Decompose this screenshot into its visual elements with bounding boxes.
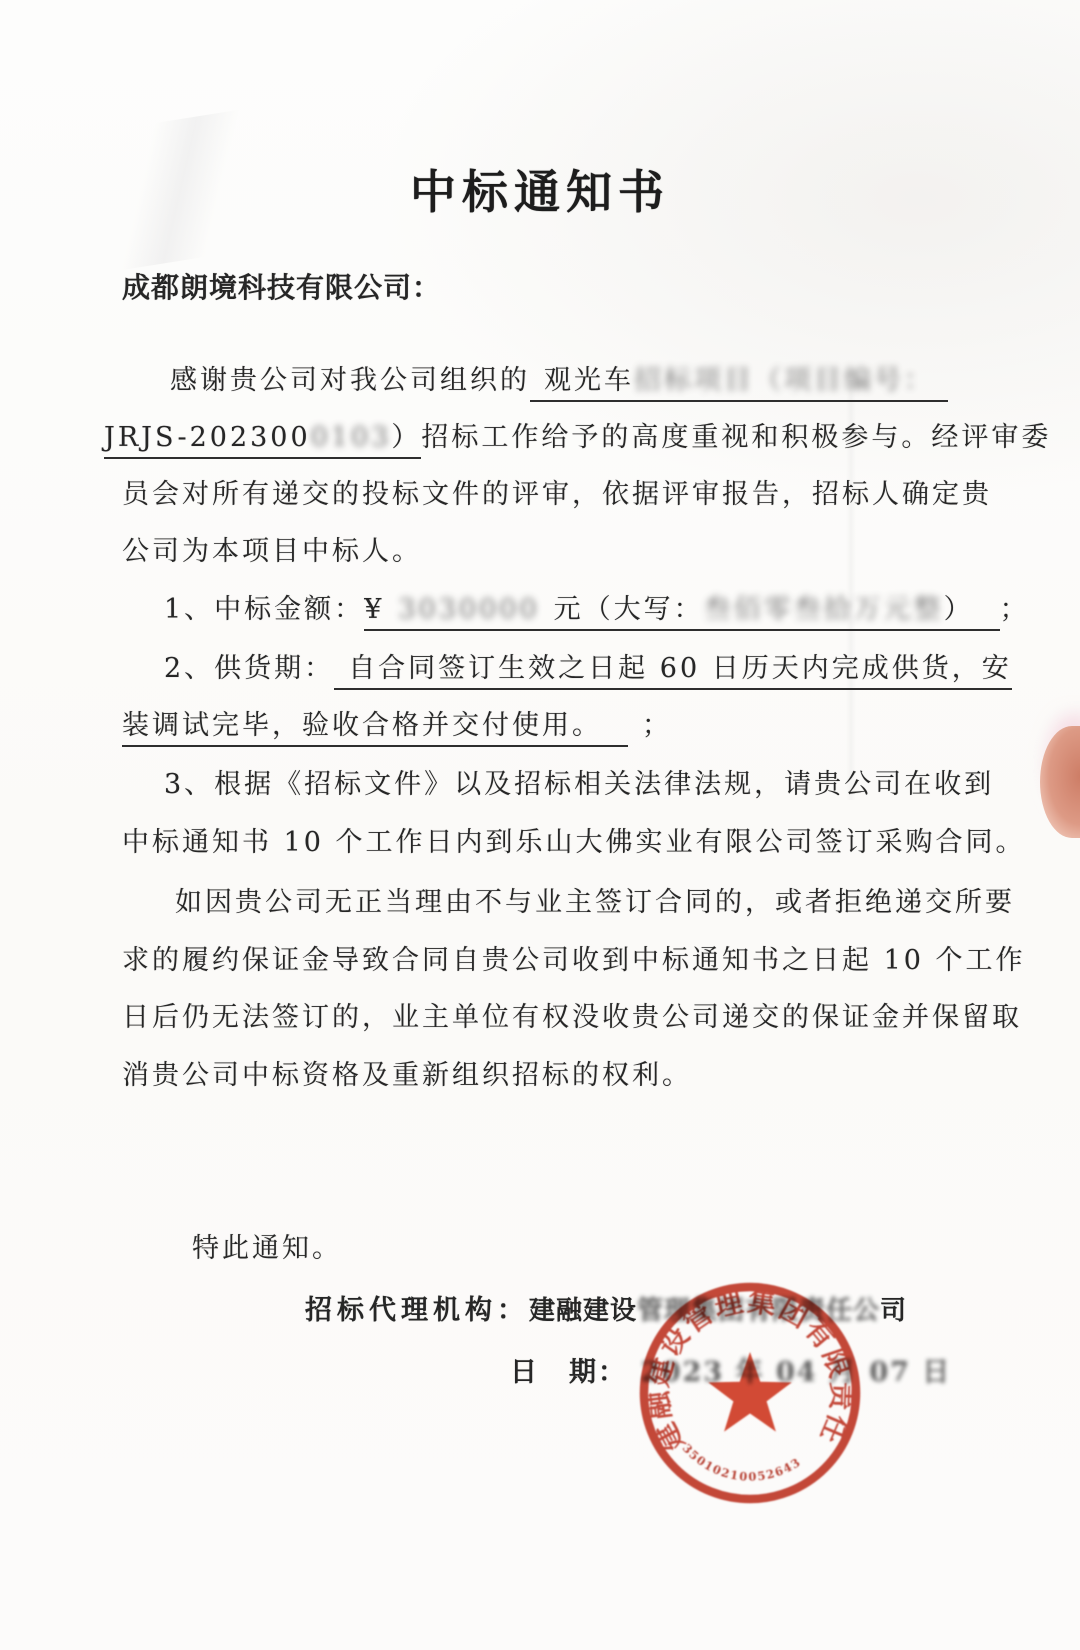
punctuation: ； (642, 710, 672, 741)
seal-star-icon (708, 1352, 792, 1432)
penalty-paragraph-line1: 如因贵公司无正当理由不与业主签订合同的，或者拒绝递交所要 (122, 883, 1035, 923)
project-code-close: ） (391, 422, 421, 453)
redacted-amount: 3030000 (398, 594, 539, 625)
contract-terms-line1: 3、根据《招标文件》以及招标相关法律法规，请贵公司在收到 (122, 765, 1024, 805)
award-amount-line: 1、中标金额：¥3030000元（大写：叁佰零叁拾万元整）； (122, 590, 1024, 630)
date-label: 期： (569, 1357, 627, 1388)
contract-terms-line2: 中标通知书 10 个工作日内到乐山大佛实业有限公司签订采购合同。 (122, 823, 982, 863)
paragraph-text: 感谢贵公司对我公司组织的 (170, 365, 530, 396)
paragraph1-line2: JRJS-2023000103）招标工作给予的高度重视和积极参与。经评审委 (104, 418, 964, 458)
currency-symbol: ¥ (364, 594, 384, 625)
caps-close: ） (944, 594, 974, 625)
redacted-text: 招标项目（项目编号： (634, 365, 934, 396)
addressee-line: 成都朗境科技有限公司： (122, 268, 982, 308)
scanned-document-page: 中标通知书 成都朗境科技有限公司： 感谢贵公司对我公司组织的观光车招标项目（项目… (0, 0, 1080, 1650)
underline-fill: 装调试完毕，验收合格并交付使用。 (122, 710, 628, 747)
underline-fill: JRJS-2023000103） (104, 422, 421, 459)
underline-fill: ¥3030000元（大写：叁佰零叁拾万元整） (364, 594, 999, 631)
paragraph1-line4: 公司为本项目中标人。 (122, 532, 982, 572)
item-label: 2、供货期： (164, 653, 334, 684)
agency-name-clear: 建融建设 (529, 1296, 637, 1326)
project-name: 观光车 (544, 365, 634, 396)
agency-name-tail: 司 (880, 1296, 907, 1326)
redacted-text: 0103 (311, 422, 392, 453)
underline-fill: 自合同签订生效之日起 60 日历天内完成供货，安 (334, 653, 1012, 690)
punctuation: ； (1000, 594, 1030, 625)
paragraph1-line3: 员会对所有递交的投标文件的评审，依据评审报告，招标人确定贵 (122, 475, 982, 515)
penalty-paragraph-line2: 求的履约保证金导致合同自贵公司收到中标通知书之日起 10 个工作 (122, 941, 982, 981)
paragraph-text: 招标工作给予的高度重视和积极参与。经评审委 (421, 422, 1051, 453)
redacted-amount-caps: 叁佰零叁拾万元整 (704, 594, 944, 625)
paragraph1-line1: 感谢贵公司对我公司组织的观光车招标项目（项目编号： (122, 361, 1030, 401)
delivery-period-line2: 装调试完毕，验收合格并交付使用。； (122, 706, 982, 746)
document-title: 中标通知书 (0, 156, 1080, 222)
penalty-paragraph-line3: 日后仍无法签订的，业主单位有权没收贵公司递交的保证金并保留取 (122, 998, 982, 1038)
item-label: 1、中标金额： (164, 594, 364, 625)
fingertip-photo-artifact (1040, 726, 1080, 838)
amount-caps-label: 元（大写： (554, 594, 704, 625)
delivery-terms: 自合同签订生效之日起 60 日历天内完成供货，安 (348, 653, 1012, 684)
underline-fill: 观光车招标项目（项目编号： (530, 365, 948, 402)
agency-label: 招标代理机构： (305, 1295, 529, 1326)
seal-serial-number: 35010210052643 (680, 1441, 804, 1484)
delivery-terms: 装调试完毕，验收合格并交付使用。 (122, 710, 602, 741)
closing-line: 特此通知。 (122, 1229, 1052, 1269)
project-code: JRJS-202300 (104, 422, 311, 453)
date-label: 日 (510, 1357, 539, 1388)
penalty-paragraph-line4: 消贵公司中标资格及重新组织招标的权利。 (122, 1056, 982, 1096)
delivery-period-line1: 2、供货期：自合同签订生效之日起 60 日历天内完成供货，安 (122, 649, 1024, 689)
company-seal-stamp: 建融建设管理集团有限责任公司 35010210052643 (635, 1278, 865, 1508)
